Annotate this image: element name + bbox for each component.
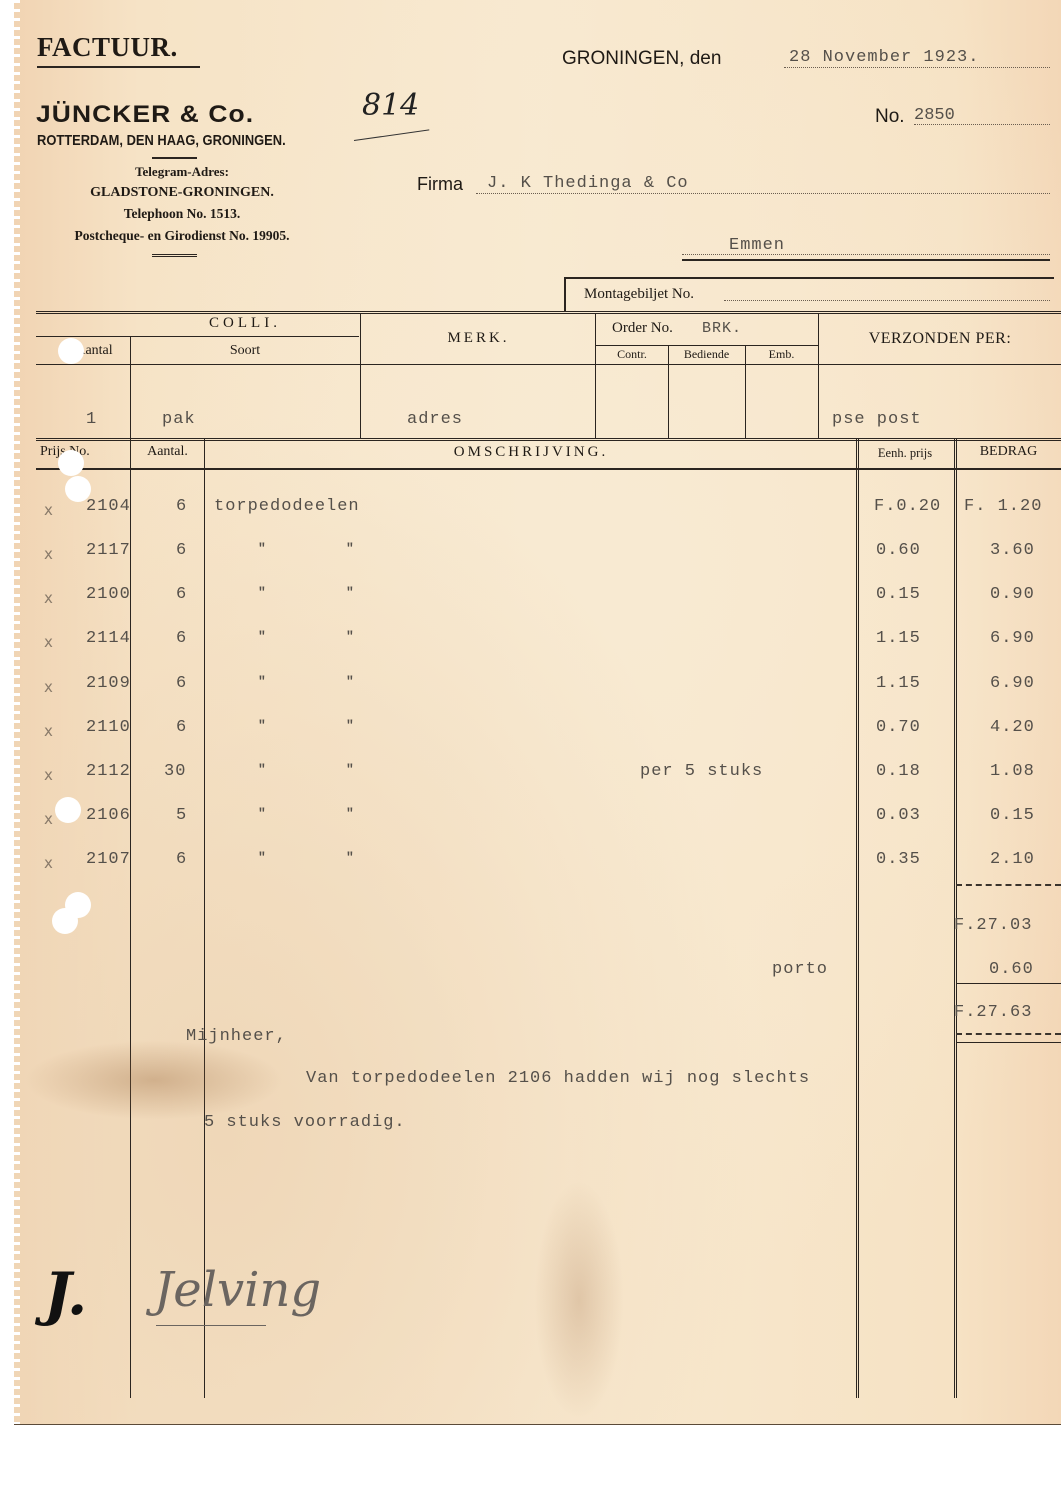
omschrijving-header: OMSCHRIJVING. (206, 444, 856, 461)
montagebiljet-field[interactable] (724, 300, 1050, 301)
item-amount: 6.90 (990, 674, 1035, 693)
colli-soort-value: pak (162, 410, 196, 429)
order-sub-line (596, 345, 818, 346)
item-desc-ditto: " (346, 585, 355, 600)
item-note: per 5 stuks (640, 762, 763, 781)
item-no: 2114 (86, 629, 131, 648)
place-label: GRONINGEN, den (562, 48, 721, 70)
shipping-col-divider (818, 314, 819, 438)
item-desc-ditto: " (346, 762, 355, 777)
soort-header: Soort (131, 343, 359, 359)
recipient-name: J. K Thedinga & Co (487, 174, 689, 193)
recipient-city: Emmen (729, 236, 785, 255)
item-desc-ditto: " (346, 629, 355, 644)
item-amount: F. 1.20 (964, 497, 1042, 516)
bedrag-header: BEDRAG (956, 444, 1061, 460)
merk-header: MERK. (361, 330, 596, 347)
verzonden-header: VERZONDEN PER: (820, 330, 1060, 348)
title-underline (37, 66, 200, 68)
items-col-divider (130, 438, 131, 1398)
check-mark-icon: x (44, 766, 53, 784)
item-amount: 3.60 (990, 541, 1035, 560)
shipping-col-divider (595, 314, 596, 438)
shipping-col-divider (130, 336, 131, 438)
emb-header: Emb. (745, 347, 818, 362)
giro-number: Postcheque- en Girodienst No. 19905. (37, 228, 327, 244)
shipping-header-bottom (36, 364, 1061, 365)
punch-hole (65, 476, 91, 502)
check-mark-icon: x (44, 810, 53, 828)
item-desc-ditto: " (258, 806, 267, 821)
items-header-bottom (36, 468, 1061, 470)
city-underline (682, 259, 1050, 261)
item-desc-ditto: " (258, 585, 267, 600)
stain (24, 1040, 284, 1120)
porto-label: porto (772, 960, 828, 979)
item-no: 2104 (86, 497, 131, 516)
eenh-prijs-header: Eenh. prijs (856, 446, 954, 461)
stain (534, 1180, 624, 1420)
item-desc-ditto: " (346, 674, 355, 689)
check-mark-icon: x (44, 722, 53, 740)
item-qty: 6 (176, 497, 187, 516)
item-unit-price: 0.03 (876, 806, 921, 825)
colli-sub-line (36, 336, 359, 337)
punch-hole (55, 797, 81, 823)
company-name: JÜNCKER & Co. (36, 101, 254, 129)
montage-top-line (564, 277, 1054, 279)
order-no-label: Order No. (612, 320, 673, 337)
check-mark-icon: x (44, 633, 53, 651)
item-desc-ditto: " (258, 718, 267, 733)
letter-line-2: 5 stuks voorradig. (204, 1113, 406, 1132)
item-unit-price: 0.35 (876, 850, 921, 869)
date-dotted-line (784, 67, 1050, 68)
total-underline (956, 1042, 1061, 1043)
item-unit-price: 0.70 (876, 718, 921, 737)
contr-header: Contr. (596, 347, 668, 362)
check-mark-icon: x (44, 589, 53, 607)
item-desc-ditto: " (258, 762, 267, 777)
item-no: 2100 (86, 585, 131, 604)
letter-line-1: Van torpedodeelen 2106 hadden wij nog sl… (306, 1069, 810, 1088)
divider (152, 157, 197, 159)
colli-header: COLLI. (130, 315, 360, 332)
item-no: 2110 (86, 718, 131, 737)
check-mark-icon: x (44, 501, 53, 519)
verzonden-value: pse post (832, 410, 922, 429)
montagebiljet-label: Montagebiljet No. (584, 286, 694, 303)
punch-hole (58, 450, 84, 476)
item-desc-ditto: " (346, 850, 355, 865)
item-desc: torpedodeelen (214, 497, 360, 516)
item-unit-price: F.0.20 (874, 497, 941, 516)
handwritten-signature: Jelving (154, 1262, 321, 1318)
invoice-number: 2850 (914, 106, 955, 125)
item-no: 2112 (86, 762, 131, 781)
item-desc-ditto: " (346, 718, 355, 733)
item-qty: 6 (176, 629, 187, 648)
item-amount: 0.15 (990, 806, 1035, 825)
total-value: F.27.63 (954, 1003, 1032, 1022)
prijs-no-header: Prijs No. (40, 444, 130, 460)
porto-value: 0.60 (989, 960, 1034, 979)
company-cities: ROTTERDAM, DEN HAAG, GRONINGEN. (37, 132, 286, 149)
shipping-col-divider (745, 345, 746, 438)
montage-left-line (564, 277, 566, 312)
shipping-col-divider (360, 314, 361, 438)
porto-underline (956, 983, 1061, 984)
bediende-header: Bediende (668, 347, 745, 362)
document-title: FACTUUR. (37, 32, 178, 63)
item-no: 2107 (86, 850, 131, 869)
invoice-no-label: No. (875, 106, 905, 128)
item-unit-price: 0.60 (876, 541, 921, 560)
item-unit-price: 1.15 (876, 674, 921, 693)
item-desc-ditto: " (258, 674, 267, 689)
subtotal-dash-line (956, 884, 1061, 886)
item-amount: 0.90 (990, 585, 1035, 604)
item-desc-ditto: " (258, 541, 267, 556)
item-unit-price: 1.15 (876, 629, 921, 648)
items-col-divider (204, 438, 205, 1398)
item-qty: 6 (176, 850, 187, 869)
item-no: 2106 (86, 806, 131, 825)
aantal-col-header: Aantal. (131, 444, 204, 460)
item-unit-price: 0.18 (876, 762, 921, 781)
signature-stroke (156, 1325, 266, 1326)
item-desc-ditto: " (258, 850, 267, 865)
check-mark-icon: x (44, 854, 53, 872)
item-desc-ditto: " (346, 806, 355, 821)
firma-dotted-line (476, 193, 1050, 194)
colli-aantal-value: 1 (86, 410, 97, 429)
item-amount: 1.08 (990, 762, 1035, 781)
item-qty: 6 (176, 674, 187, 693)
item-no: 2117 (86, 541, 131, 560)
handwritten-initial: J. (44, 1260, 87, 1328)
order-no-value: BRK. (702, 320, 742, 337)
item-qty: 5 (176, 806, 187, 825)
subtotal-value: F.27.03 (954, 916, 1032, 935)
item-qty: 6 (176, 718, 187, 737)
shipping-col-divider (668, 345, 669, 438)
item-desc-ditto: " (258, 629, 267, 644)
check-mark-icon: x (44, 545, 53, 563)
divider (152, 254, 197, 257)
item-amount: 4.20 (990, 718, 1035, 737)
telegram-address: GLADSTONE-GRONINGEN. (37, 185, 327, 201)
invoice-paper: FACTUUR. JÜNCKER & Co. ROTTERDAM, DEN HA… (14, 0, 1061, 1425)
total-dash-line (956, 1033, 1061, 1035)
item-unit-price: 0.15 (876, 585, 921, 604)
punch-hole (58, 338, 84, 364)
telephone: Telephoon No. 1513. (37, 206, 327, 222)
item-amount: 6.90 (990, 629, 1035, 648)
item-qty: 6 (176, 541, 187, 560)
invoice-date: 28 November 1923. (789, 48, 979, 67)
merk-value: adres (407, 410, 463, 429)
item-qty: 6 (176, 585, 187, 604)
handwritten-underline (354, 129, 429, 141)
item-desc-ditto: " (346, 541, 355, 556)
check-mark-icon: x (44, 678, 53, 696)
firma-label: Firma (417, 174, 463, 195)
item-qty: 30 (164, 762, 186, 781)
handwritten-reference: 814 (362, 88, 419, 123)
table-top-line (36, 311, 1061, 314)
punch-hole (52, 908, 78, 934)
item-amount: 2.10 (990, 850, 1035, 869)
item-no: 2109 (86, 674, 131, 693)
items-col-divider (856, 438, 859, 1398)
telegram-label: Telegram-Adres: (37, 164, 327, 180)
items-top-line (36, 438, 1061, 441)
